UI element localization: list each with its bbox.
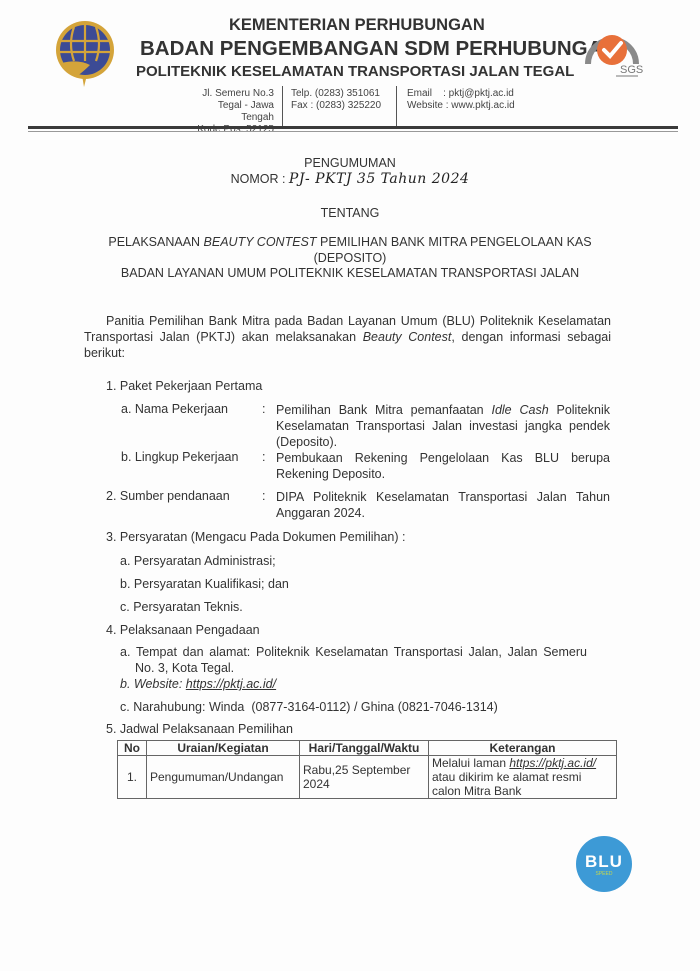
letterhead-institution: POLITEKNIK KESELAMATAN TRANSPORTASI JALA… (136, 63, 574, 80)
section-3-title: 3. Persyaratan (Mengacu Pada Dokumen Pem… (106, 529, 405, 545)
email-line: Email : pktj@pktj.ac.id (407, 88, 515, 100)
cell-kegiatan: Pengumuman/Undangan (147, 756, 300, 799)
announcement-type: PENGUMUMAN (0, 156, 700, 170)
value-italic: Idle Cash (491, 403, 548, 417)
divider (396, 86, 397, 126)
ket-text: Melalui laman (432, 756, 509, 770)
col-waktu: Hari/Tanggal/Waktu (300, 741, 429, 756)
nama-pekerjaan-value: Pemilihan Bank Mitra pemanfaatan Idle Ca… (276, 402, 610, 450)
colon: : (262, 489, 265, 503)
cell-keterangan: Melalui laman https://pktj.ac.id/ atau d… (429, 756, 617, 799)
blu-badge-icon: BLU SPEED (576, 836, 632, 892)
nama-pekerjaan-label: a. Nama Pekerjaan (121, 402, 228, 416)
lingkup-pekerjaan-label: b. Lingkup Pekerjaan (121, 450, 238, 464)
nomor-value-handwritten: PJ- PKTJ 35 Tahun 2024 (289, 171, 469, 187)
ministry-globe-emblem-icon (54, 19, 116, 89)
sgs-certification-badge-icon: SGS (580, 18, 644, 80)
requirement-item: a. Persyaratan Administrasi; (120, 553, 276, 569)
sumber-pendanaan-value: DIPA Politeknik Keselamatan Transportasi… (276, 489, 610, 521)
cert-label: SGS (620, 64, 643, 76)
website-line: Website : www.pktj.ac.id (407, 100, 515, 112)
tempat-alamat: a. Tempat dan alamat: Politeknik Keselam… (120, 644, 587, 676)
requirement-item: c. Persyaratan Teknis. (120, 599, 243, 615)
website-link[interactable]: https://pktj.ac.id/ (186, 677, 276, 691)
blu-sub: SPEED (576, 871, 632, 877)
subject-italic: BEAUTY CONTEST (204, 235, 317, 249)
subject-text: PEMILIHAN BANK MITRA PENGELOLAAN KAS (317, 235, 592, 249)
letterhead-agency: BADAN PENGEMBANGAN SDM PERHUBUNGAN (140, 37, 617, 61)
document-number: NOMOR : PJ- PKTJ 35 Tahun 2024 (0, 171, 700, 187)
value-text: Pemilihan Bank Mitra pemanfaatan (276, 403, 491, 417)
intro-paragraph: Panitia Pemilihan Bank Mitra pada Badan … (84, 313, 611, 361)
requirement-item: b. Persyaratan Kualifikasi; dan (120, 576, 289, 592)
narahubung: c. Narahubung: Winda (0877-3164-0112) / … (120, 699, 498, 715)
header-rule-thin (28, 131, 678, 132)
colon: : (262, 450, 265, 464)
website-label: b. Website: (120, 677, 186, 691)
colon: : (262, 402, 265, 416)
ket-link[interactable]: https://pktj.ac.id/ (509, 756, 596, 770)
lingkup-pekerjaan-value: Pembukaan Rekening Pengelolaan Kas BLU b… (276, 450, 610, 482)
address-line: Jl. Semeru No.3 (184, 88, 274, 100)
col-keterangan: Keterangan (429, 741, 617, 756)
address-line: Tegal - Jawa Tengah (184, 100, 274, 124)
cell-no: 1. (118, 756, 147, 799)
schedule-table: No Uraian/Kegiatan Hari/Tanggal/Waktu Ke… (117, 740, 617, 799)
col-kegiatan: Uraian/Kegiatan (147, 741, 300, 756)
table-header-row: No Uraian/Kegiatan Hari/Tanggal/Waktu Ke… (118, 741, 617, 756)
online-block: Email : pktj@pktj.ac.id Website : www.pk… (407, 88, 515, 112)
subject-line-1: PELAKSANAAN BEAUTY CONTEST PEMILIHAN BAN… (0, 235, 700, 249)
phone-block: Telp. (0283) 351061 Fax : (0283) 325220 (291, 88, 381, 112)
intro-italic: Beauty Contest (363, 330, 452, 344)
phone-line: Telp. (0283) 351061 (291, 88, 381, 100)
letterhead-ministry: KEMENTERIAN PERHUBUNGAN (229, 16, 485, 35)
header-rule (28, 126, 678, 129)
subject-line-3: BADAN LAYANAN UMUM POLITEKNIK KESELAMATA… (0, 266, 700, 280)
sumber-pendanaan-label: 2. Sumber pendanaan (106, 489, 230, 503)
tentang-label: TENTANG (0, 206, 700, 220)
subject-line-2: (DEPOSITO) (0, 251, 700, 265)
section-5-title: 5. Jadwal Pelaksanaan Pemilihan (106, 721, 293, 737)
section-4-title: 4. Pelaksanaan Pengadaan (106, 622, 260, 638)
cell-waktu: Rabu,25 September 2024 (300, 756, 429, 799)
section-1-title: 1. Paket Pekerjaan Pertama (106, 378, 262, 394)
divider (282, 86, 283, 126)
table-row: 1. Pengumuman/Undangan Rabu,25 September… (118, 756, 617, 799)
fax-line: Fax : (0283) 325220 (291, 100, 381, 112)
col-no: No (118, 741, 147, 756)
website-item: b. Website: https://pktj.ac.id/ (120, 676, 276, 692)
nomor-label: NOMOR : (231, 172, 286, 186)
ket-text: atau dikirim ke alamat resmi calon Mitra… (432, 770, 581, 798)
subject-text: PELAKSANAAN (108, 235, 203, 249)
blu-label: BLU (576, 852, 632, 872)
